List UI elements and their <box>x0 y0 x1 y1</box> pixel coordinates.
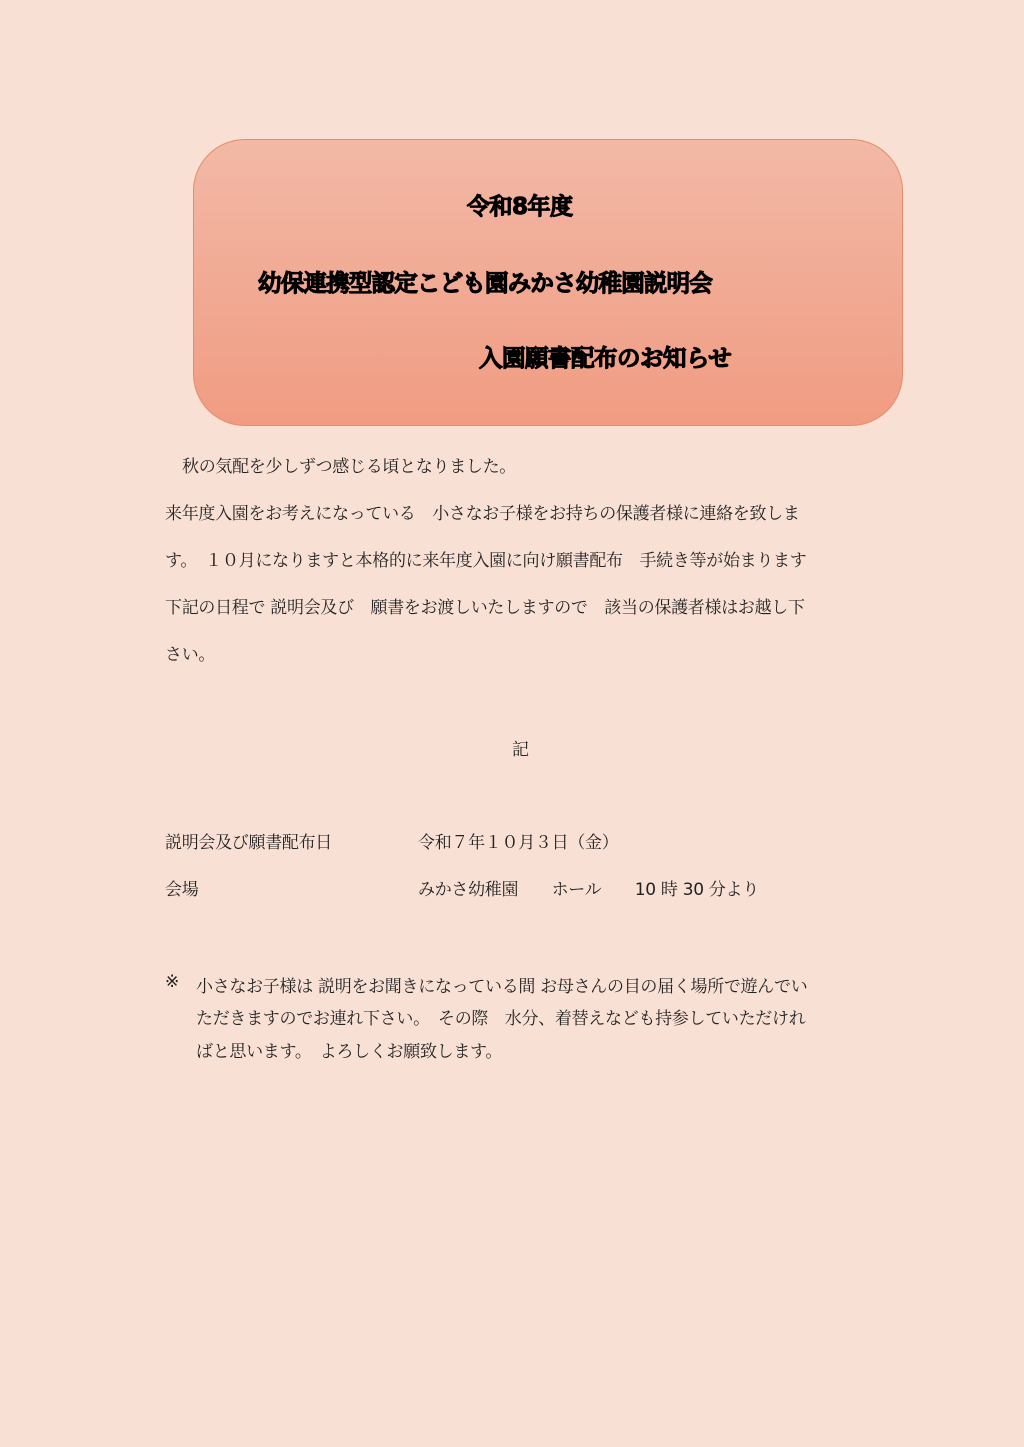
detail-label-venue: 会場 <box>165 875 198 900</box>
note-mark-icon: ※ <box>165 972 179 992</box>
note-line: ただきますのでお連れ下さい。 その際 水分、着替えなども持参していただけれ <box>196 1004 805 1029</box>
title-year: 令和8年度 <box>467 188 573 221</box>
ki-heading: 記 <box>512 735 529 760</box>
title-banner: 令和8年度 幼保連携型認定こども園みかさ幼稚園説明会 入園願書配布のお知らせ <box>193 139 903 426</box>
title-subject: 入園願書配布のお知らせ <box>479 339 731 373</box>
detail-label-date: 説明会及び願書配布日 <box>165 828 332 853</box>
intro-line: 秋の気配を少しずつ感じる頃となりました。 <box>182 452 516 477</box>
note-line: ばと思います。 よろしくお願致します。 <box>196 1037 502 1062</box>
intro-line: す。 １０月になりますと本格的に来年度入園に向け願書配布 手続き等が始まります <box>165 546 806 571</box>
intro-line: 来年度入園をお考えになっている 小さなお子様をお持ちの保護者様に連絡を致しま <box>165 499 800 524</box>
intro-line: 下記の日程で 説明会及び 願書をお渡しいたしますので 該当の保護者様はお越し下 <box>165 593 805 618</box>
title-event: 幼保連携型認定こども園みかさ幼稚園説明会 <box>258 264 712 298</box>
intro-line: さい。 <box>165 640 215 665</box>
detail-value-venue: みかさ幼稚園 ホール 10 時 30 分より <box>418 875 759 900</box>
note-line: 小さなお子様は 説明をお聞きになっている間 お母さんの目の届く場所で遊んでい <box>196 972 807 997</box>
detail-value-date: 令和７年１０月３日（金） <box>418 828 618 853</box>
